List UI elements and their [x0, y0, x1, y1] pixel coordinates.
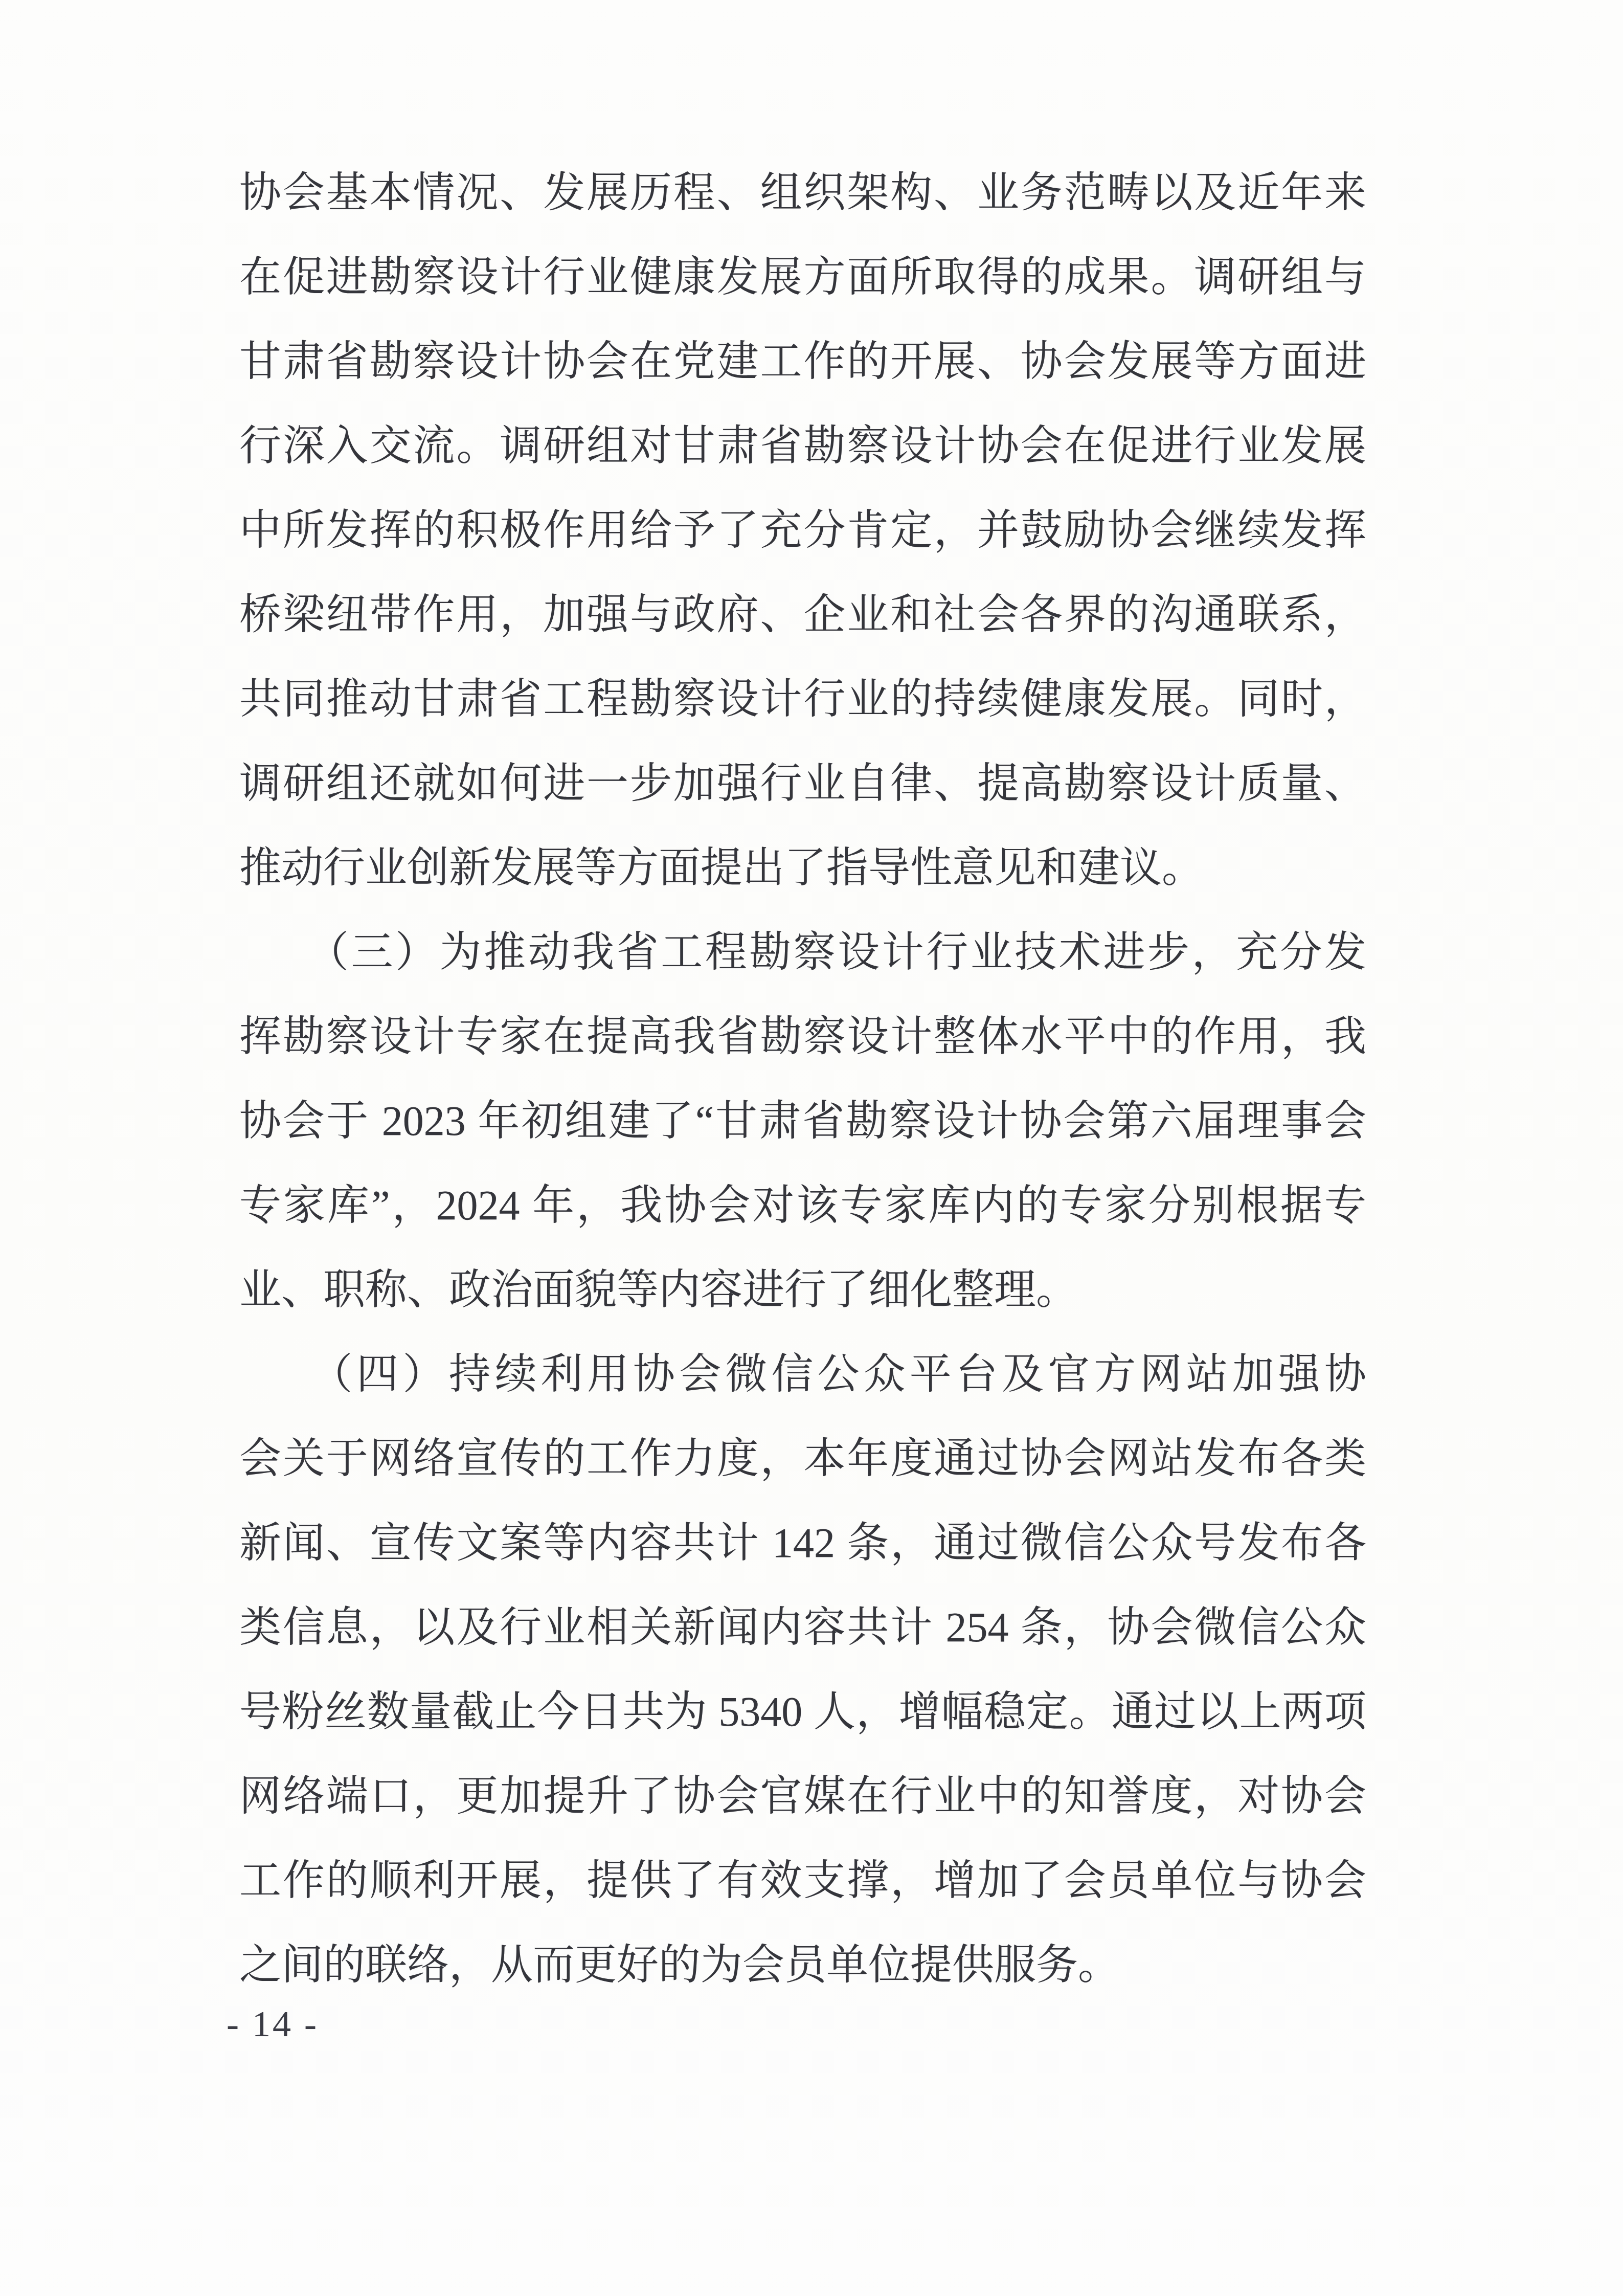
text-line: 中所发挥的积极作用给予了充分肯定，并鼓励协会继续发挥 [239, 488, 1366, 572]
text-line: 协会于 2023 年初组建了“甘肃省勘察设计协会第六届理事会 [239, 1079, 1366, 1163]
text-line-paragraph-start: （三）为推动我省工程勘察设计行业技术进步，充分发 [239, 910, 1366, 994]
text-line: 网络端口，更加提升了协会官媒在行业中的知誉度，对协会 [239, 1754, 1366, 1838]
text-line: 共同推动甘肃省工程勘察设计行业的持续健康发展。同时， [239, 657, 1366, 741]
text-line-paragraph-end: 业、职称、政治面貌等内容进行了细化整理。 [239, 1247, 1366, 1332]
text-line: 类信息，以及行业相关新闻内容共计 254 条，协会微信公众 [239, 1585, 1366, 1669]
text-line: 在促进勘察设计行业健康发展方面所取得的成果。调研组与 [239, 235, 1366, 319]
text-line-paragraph-end: 推动行业创新发展等方面提出了指导性意见和建议。 [239, 826, 1366, 910]
text-line: 新闻、宣传文案等内容共计 142 条，通过微信公众号发布各 [239, 1501, 1366, 1585]
text-line: 桥梁纽带作用，加强与政府、企业和社会各界的沟通联系， [239, 572, 1366, 657]
text-line: 会关于网络宣传的工作力度，本年度通过协会网站发布各类 [239, 1416, 1366, 1501]
text-line: 调研组还就如何进一步加强行业自律、提高勘察设计质量、 [239, 741, 1366, 826]
text-line: 专家库”，2024 年，我协会对该专家库内的专家分别根据专 [239, 1163, 1366, 1247]
text-line: 挥勘察设计专家在提高我省勘察设计整体水平中的作用，我 [239, 994, 1366, 1079]
text-line: 工作的顺利开展，提供了有效支撑，增加了会员单位与协会 [239, 1838, 1366, 1923]
document-page: 协会基本情况、发展历程、组织架构、业务范畴以及近年来 在促进勘察设计行业健康发展… [0, 0, 1623, 2296]
document-body: 协会基本情况、发展历程、组织架构、业务范畴以及近年来 在促进勘察设计行业健康发展… [239, 150, 1366, 2007]
text-line: 甘肃省勘察设计协会在党建工作的开展、协会发展等方面进 [239, 319, 1366, 404]
text-line: 行深入交流。调研组对甘肃省勘察设计协会在促进行业发展 [239, 404, 1366, 488]
text-line: 号粉丝数量截止今日共为 5340 人，增幅稳定。通过以上两项 [239, 1669, 1366, 1754]
page-number: - 14 - [227, 2001, 319, 2047]
text-line: 协会基本情况、发展历程、组织架构、业务范畴以及近年来 [239, 150, 1366, 235]
text-line-paragraph-end: 之间的联络，从而更好的为会员单位提供服务。 [239, 1923, 1366, 2007]
text-line-paragraph-start: （四）持续利用协会微信公众平台及官方网站加强协 [239, 1332, 1366, 1416]
